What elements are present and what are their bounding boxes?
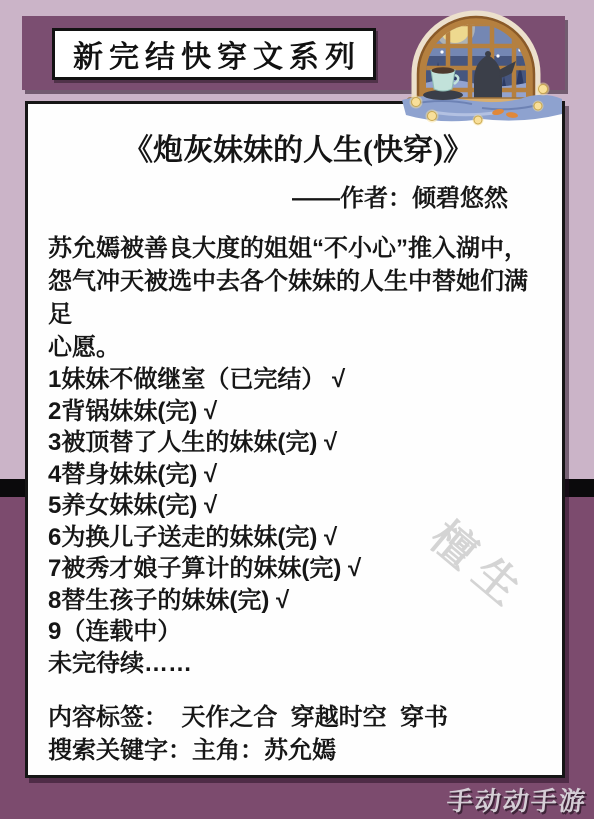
- book-list: 1妹妹不做继室（已完结） √ 2背锅妹妹(完) √ 3被顶替了人生的妹妹(完) …: [48, 364, 548, 679]
- author-line: ——作者：倾碧悠然: [48, 183, 548, 215]
- book-list-item: 1妹妹不做继室（已完结） √: [48, 364, 548, 396]
- book-list-item: 5养女妹妹(完) √: [48, 490, 548, 522]
- content-tags-line: 内容标签： 天作之合 穿越时空 穿书: [48, 701, 548, 734]
- intro-line: 怨气冲天被选中去各个妹妹的人生中替她们满足: [48, 265, 548, 331]
- book-list-item: 6为换儿子送走的妹妹(完) √: [48, 522, 548, 554]
- bottom-right-watermark: 手动动手游: [445, 781, 588, 818]
- book-list-item: 2背锅妹妹(完) √: [48, 396, 548, 428]
- window-night-illustration: [402, 0, 564, 126]
- book-list-item: 未完待续……: [48, 648, 548, 680]
- book-list-item: 7被秀才娘子算计的妹妹(完) √: [48, 553, 548, 585]
- search-keywords-line: 搜索关键字：主角：苏允嫣: [48, 734, 548, 767]
- book-list-item: 3被顶替了人生的妹妹(完) √: [48, 427, 548, 459]
- book-list-item: 8替生孩子的妹妹(完) √: [48, 585, 548, 617]
- book-list-item: 4替身妹妹(完) √: [48, 459, 548, 491]
- series-title: 新完结快穿文系列: [67, 32, 361, 76]
- book-card: 《炮灰妹妹的人生(快穿)》 ——作者：倾碧悠然 苏允嫣被善良大度的姐姐“不小心”…: [25, 101, 565, 778]
- book-title: 《炮灰妹妹的人生(快穿)》: [48, 129, 548, 173]
- series-title-box: 新完结快穿文系列: [52, 28, 376, 80]
- intro-line: 心愿。: [48, 331, 548, 364]
- book-list-item: 9（连载中）: [48, 616, 548, 648]
- intro-line: 苏允嫣被善良大度的姐姐“不小心”推入湖中，: [48, 232, 548, 265]
- book-intro: 苏允嫣被善良大度的姐姐“不小心”推入湖中， 怨气冲天被选中去各个妹妹的人生中替她…: [48, 232, 548, 364]
